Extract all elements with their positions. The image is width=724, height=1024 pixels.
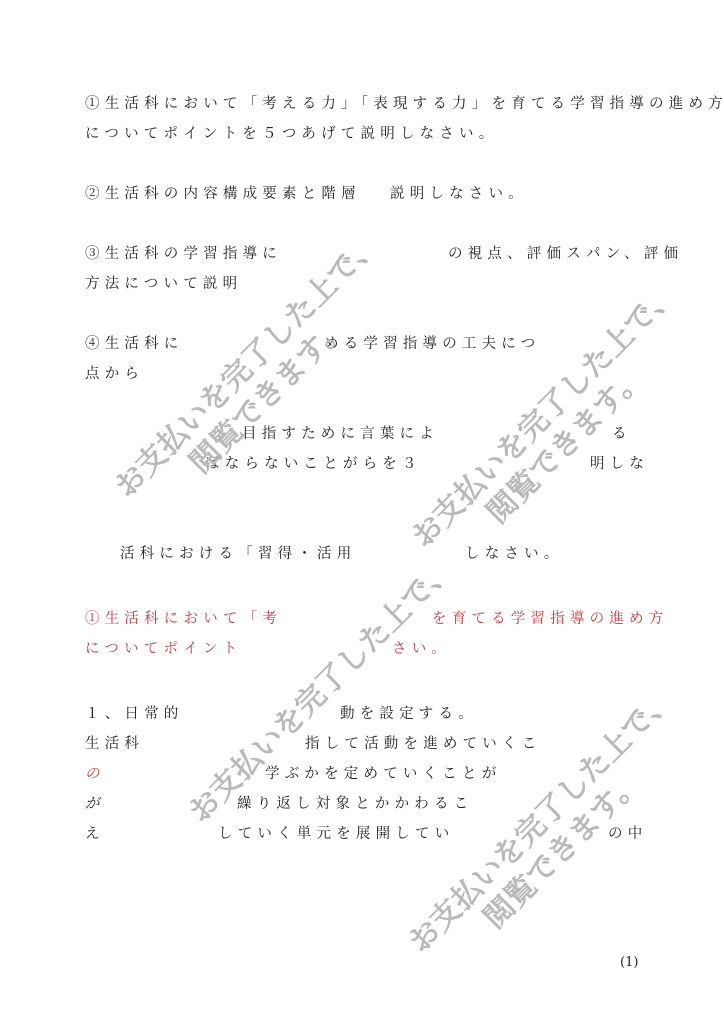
answer-heading-line-1-a: ①生活科において「考 bbox=[85, 609, 282, 629]
answer-heading-line-2-a: についてポイント bbox=[85, 639, 242, 659]
question-6-part-a: 活科における「習得・活用 bbox=[120, 544, 356, 564]
question-5-line-1-b: る bbox=[612, 424, 632, 444]
page-number: (1) bbox=[620, 955, 638, 970]
answer-line-2-a: 生活科 bbox=[85, 734, 144, 754]
question-5-line-2-b: 明しな bbox=[590, 454, 649, 474]
document-page: ①生活科において「考える力」「表現する力」を育てる学習指導の進め方 についてポイ… bbox=[0, 0, 724, 1024]
answer-line-3-b: 学ぶかを定めていくことが bbox=[265, 764, 501, 784]
answer-line-2-b: 指して活動を進めていくこ bbox=[305, 734, 541, 754]
watermark-2: お支払いを完了した上で、 閲覧できます。 bbox=[405, 276, 710, 581]
answer-line-5-b: していく単元を展開してい bbox=[218, 824, 454, 844]
question-1-line-2: についてポイントを５つあげて説明しなさい。 bbox=[85, 124, 498, 144]
answer-line-5-a: え bbox=[85, 824, 105, 844]
question-4-line-1-b: める学習指導の工夫につ bbox=[324, 334, 540, 354]
question-3-line-2: 方法について説明 bbox=[85, 274, 242, 294]
question-1-line-1: ①生活科において「考える力」「表現する力」を育てる学習指導の進め方 bbox=[85, 94, 724, 114]
answer-heading-line-1-b: を育てる学習指導の進め方 bbox=[432, 609, 668, 629]
question-5-line-1-a: 目指すために言葉によ bbox=[242, 424, 439, 444]
watermark-2-line-1: お支払いを完了した上で、 bbox=[405, 276, 685, 556]
answer-line-4-b: 繰り返し対象とかかわるこ bbox=[237, 794, 473, 814]
watermark-3: お支払いを完了した上で、 bbox=[182, 551, 462, 831]
question-2-part-b: 説明しなさい。 bbox=[390, 184, 528, 204]
answer-line-4-a: が bbox=[85, 794, 105, 814]
question-2-part-a: ②生活科の内容構成要素と階層 bbox=[85, 184, 361, 204]
question-4-line-2: 点から bbox=[85, 364, 144, 384]
question-3-line-1-a: ③生活科の学習指導に bbox=[85, 244, 282, 264]
watermark-1: お支払いを完了した上で、 閲覧できます。 bbox=[108, 226, 413, 531]
question-4-line-1-a: ④生活科に bbox=[85, 334, 184, 354]
watermark-3-line-1: お支払いを完了した上で、 bbox=[182, 551, 462, 831]
answer-item-1-a: １、日常的 bbox=[85, 704, 184, 724]
answer-item-1-b: 動を設定する。 bbox=[340, 704, 478, 724]
question-5-line-2-a: ばならないことがらを３ bbox=[205, 454, 422, 474]
answer-line-5-c: の中 bbox=[608, 824, 647, 844]
question-6-part-b: しなさい。 bbox=[465, 544, 564, 564]
question-3-line-1-b: の視点、評価スパン、評価 bbox=[448, 244, 683, 264]
answer-line-3-a: の bbox=[85, 764, 105, 784]
answer-heading-line-2-b: さい。 bbox=[392, 639, 451, 659]
